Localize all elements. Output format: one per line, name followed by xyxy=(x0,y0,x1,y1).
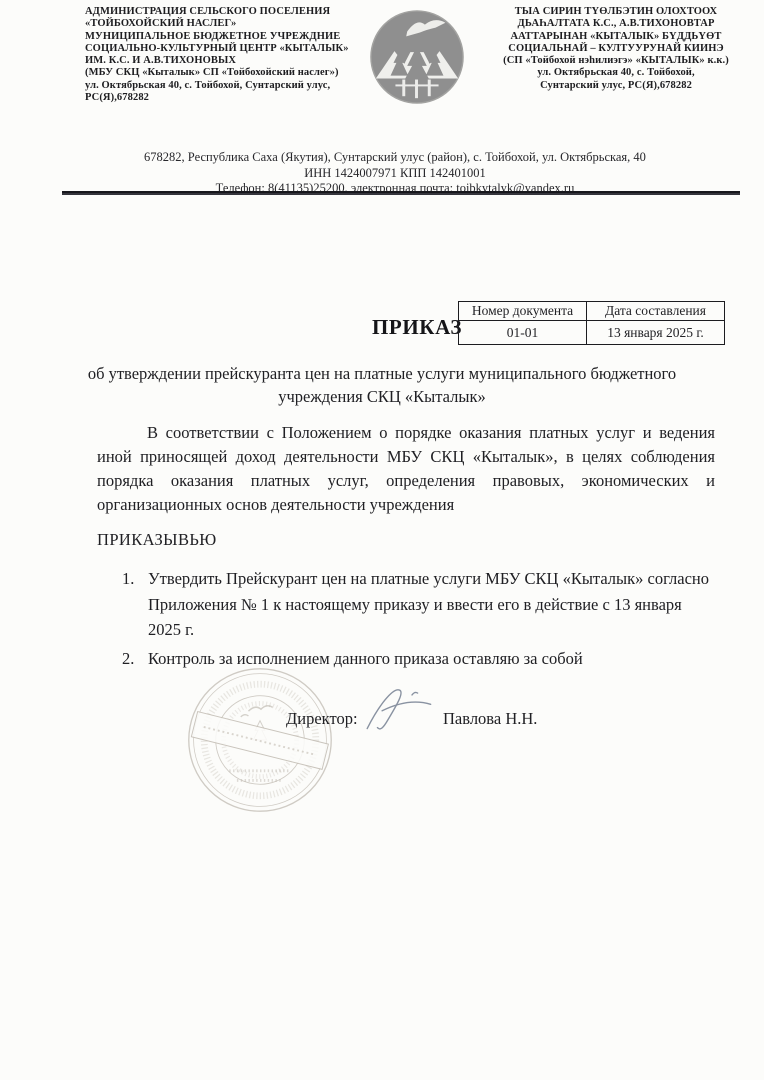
decree-word: ПРИКАЗЫВЬЮ xyxy=(97,530,217,550)
order-items-list: Утвердить Прейскурант цен на платные усл… xyxy=(122,566,718,674)
org-right-line: ул. Октябрьская 40, с. Тойбохой, xyxy=(480,67,752,79)
org-left-line: РС(Я),678282 xyxy=(85,92,353,104)
order-meta-table: Номер документа Дата составления 01-01 1… xyxy=(458,301,725,345)
document-page: АДМИНИСТРАЦИЯ СЕЛЬСКОГО ПОСЕЛЕНИЯ «ТОЙБО… xyxy=(0,0,764,1080)
crane-emblem-icon xyxy=(368,8,466,106)
org-left-line: «ТОЙБОХОЙСКИЙ НАСЛЕГ» xyxy=(85,18,353,30)
letterhead: АДМИНИСТРАЦИЯ СЕЛЬСКОГО ПОСЕЛЕНИЯ «ТОЙБО… xyxy=(85,6,752,106)
doc-date-header: Дата составления xyxy=(587,302,725,321)
doc-date-value: 13 января 2025 г. xyxy=(587,321,725,345)
org-left-line: АДМИНИСТРАЦИЯ СЕЛЬСКОГО ПОСЕЛЕНИЯ xyxy=(85,6,353,18)
director-label: Директор: xyxy=(286,709,358,729)
doc-number-header: Номер документа xyxy=(459,302,587,321)
org-right-line: ТЫА СИРИН ТҮӨЛБЭТИН ОЛОХТООХ xyxy=(480,6,752,18)
order-title: ПРИКАЗ xyxy=(372,315,462,340)
contact-block: 678282, Республика Саха (Якутия), Сунтар… xyxy=(30,150,760,197)
meta-table-header-row: Номер документа Дата составления xyxy=(459,302,725,321)
org-right-line: (СП «Тойбохой нэһилиэгэ» «КЫТАЛЫК» к.к.) xyxy=(480,55,752,67)
order-item-1: Утвердить Прейскурант цен на платные усл… xyxy=(122,566,718,643)
org-right-line: СОЦИАЛЬНАЙ – КУЛТУУРУНАЙ КИИНЭ xyxy=(480,43,752,55)
org-left-line: ул. Октябрьская 40, с. Тойбохой, Сунтарс… xyxy=(85,80,353,92)
org-right-line: ДЬАҺАЛТАТА К.С., А.В.ТИХОНОВТАР xyxy=(480,18,752,30)
org-left-line: МУНИЦИПАЛЬНОЕ БЮДЖЕТНОЕ УЧРЕЖДНИЕ xyxy=(85,31,353,43)
order-subject: об утверждении прейскуранта цен на платн… xyxy=(80,362,684,408)
doc-number-value: 01-01 xyxy=(459,321,587,345)
handwritten-signature-icon xyxy=(356,679,440,737)
director-name: Павлова Н.Н. xyxy=(443,709,537,729)
order-preamble: В соответствии с Положением о порядке ок… xyxy=(97,421,715,517)
inn-kpp: ИНН 1424007971 КПП 142401001 xyxy=(30,166,760,182)
crane-emblem-logo-icon xyxy=(368,8,466,106)
org-left-line: СОЦИАЛЬНО-КУЛЬТУРНЫЙ ЦЕНТР «КЫТАЛЫК» xyxy=(85,43,353,55)
postal-address: 678282, Республика Саха (Якутия), Сунтар… xyxy=(30,150,760,166)
org-name-yakut: ТЫА СИРИН ТҮӨЛБЭТИН ОЛОХТООХ ДЬАҺАЛТАТА … xyxy=(480,6,752,106)
meta-table-value-row: 01-01 13 января 2025 г. xyxy=(459,321,725,345)
round-seal-stamp-icon xyxy=(183,663,337,817)
org-right-line: ААТТАРЫНАН «КЫТАЛЫК» БҮДДЬҮӨТ xyxy=(480,31,752,43)
signature-area: Директор: Павлова Н.Н. xyxy=(0,663,764,833)
org-name-russian: АДМИНИСТРАЦИЯ СЕЛЬСКОГО ПОСЕЛЕНИЯ «ТОЙБО… xyxy=(85,6,353,106)
org-left-line: (МБУ СКЦ «Кыталык» СП «Тойбохойский насл… xyxy=(85,67,353,79)
separator-double-rule xyxy=(62,191,740,195)
org-left-line: ИМ. К.С. И А.В.ТИХОНОВЫХ xyxy=(85,55,353,67)
org-right-line: Сунтарский улус, РС(Я),678282 xyxy=(480,80,752,92)
